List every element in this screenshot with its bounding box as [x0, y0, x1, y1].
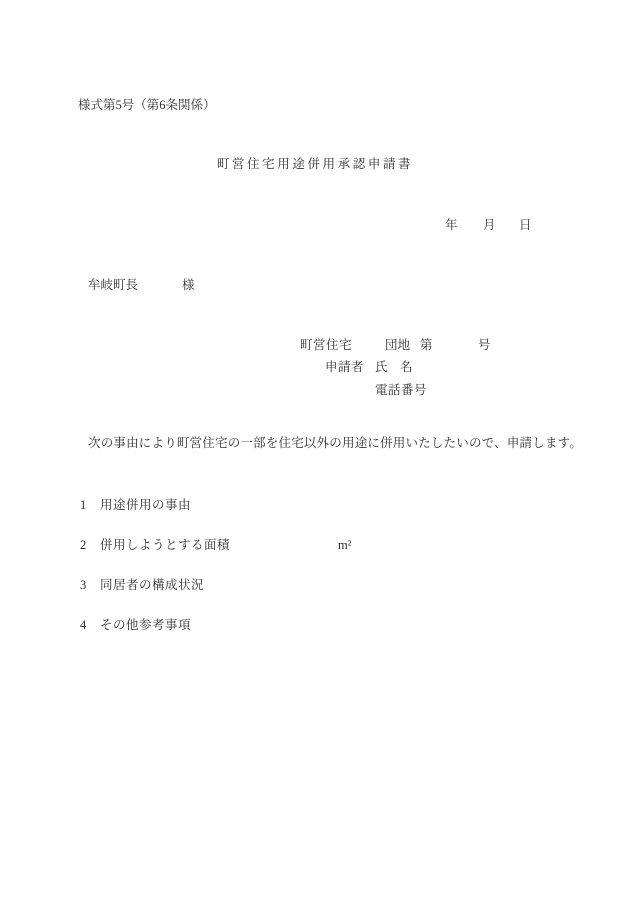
name-label: 氏 名: [375, 361, 413, 374]
unit-number-prefix: 第: [420, 339, 433, 352]
housing-label: 町営住宅: [300, 339, 352, 352]
form-number: 様式第5号（第6条関係）: [78, 99, 216, 112]
item-number: 1: [80, 499, 86, 512]
applicant-label: 申請者: [325, 361, 364, 374]
form-item-household: 3 同居者の構成状況: [0, 579, 630, 593]
item-label: 併用しようとする面積: [100, 539, 230, 552]
form-item-area: 2 併用しようとする面積 m²: [0, 539, 630, 553]
complex-label: 団地: [385, 339, 410, 352]
item-label: 同居者の構成状況: [100, 579, 204, 592]
item-label: その他参考事項: [100, 619, 191, 632]
item-label: 用途併用の事由: [100, 499, 191, 512]
application-form-page: 様式第5号（第6条関係） 町営住宅用途併用承認申請書 年 月 日 牟岐町長 様 …: [0, 0, 630, 903]
phone-label: 電話番号: [375, 384, 427, 397]
body-statement: 次の事由により町営住宅の一部を住宅以外の用途に併用いたしたいので、申請します。: [88, 437, 582, 450]
area-unit-label: m²: [338, 539, 351, 552]
item-number: 2: [80, 539, 86, 552]
unit-number-suffix: 号: [478, 339, 491, 352]
item-number: 4: [80, 619, 86, 632]
date-day-label: 日: [519, 219, 532, 232]
addressee-name: 牟岐町長: [88, 279, 138, 292]
form-item-remarks: 4 その他参考事項: [0, 619, 630, 633]
item-number: 3: [80, 579, 86, 592]
date-month-label: 月: [483, 219, 496, 232]
addressee-honorific: 様: [182, 279, 195, 292]
form-item-reason: 1 用途併用の事由: [0, 499, 630, 513]
page-title: 町営住宅用途併用承認申請書: [0, 158, 630, 171]
date-year-label: 年: [445, 219, 458, 232]
